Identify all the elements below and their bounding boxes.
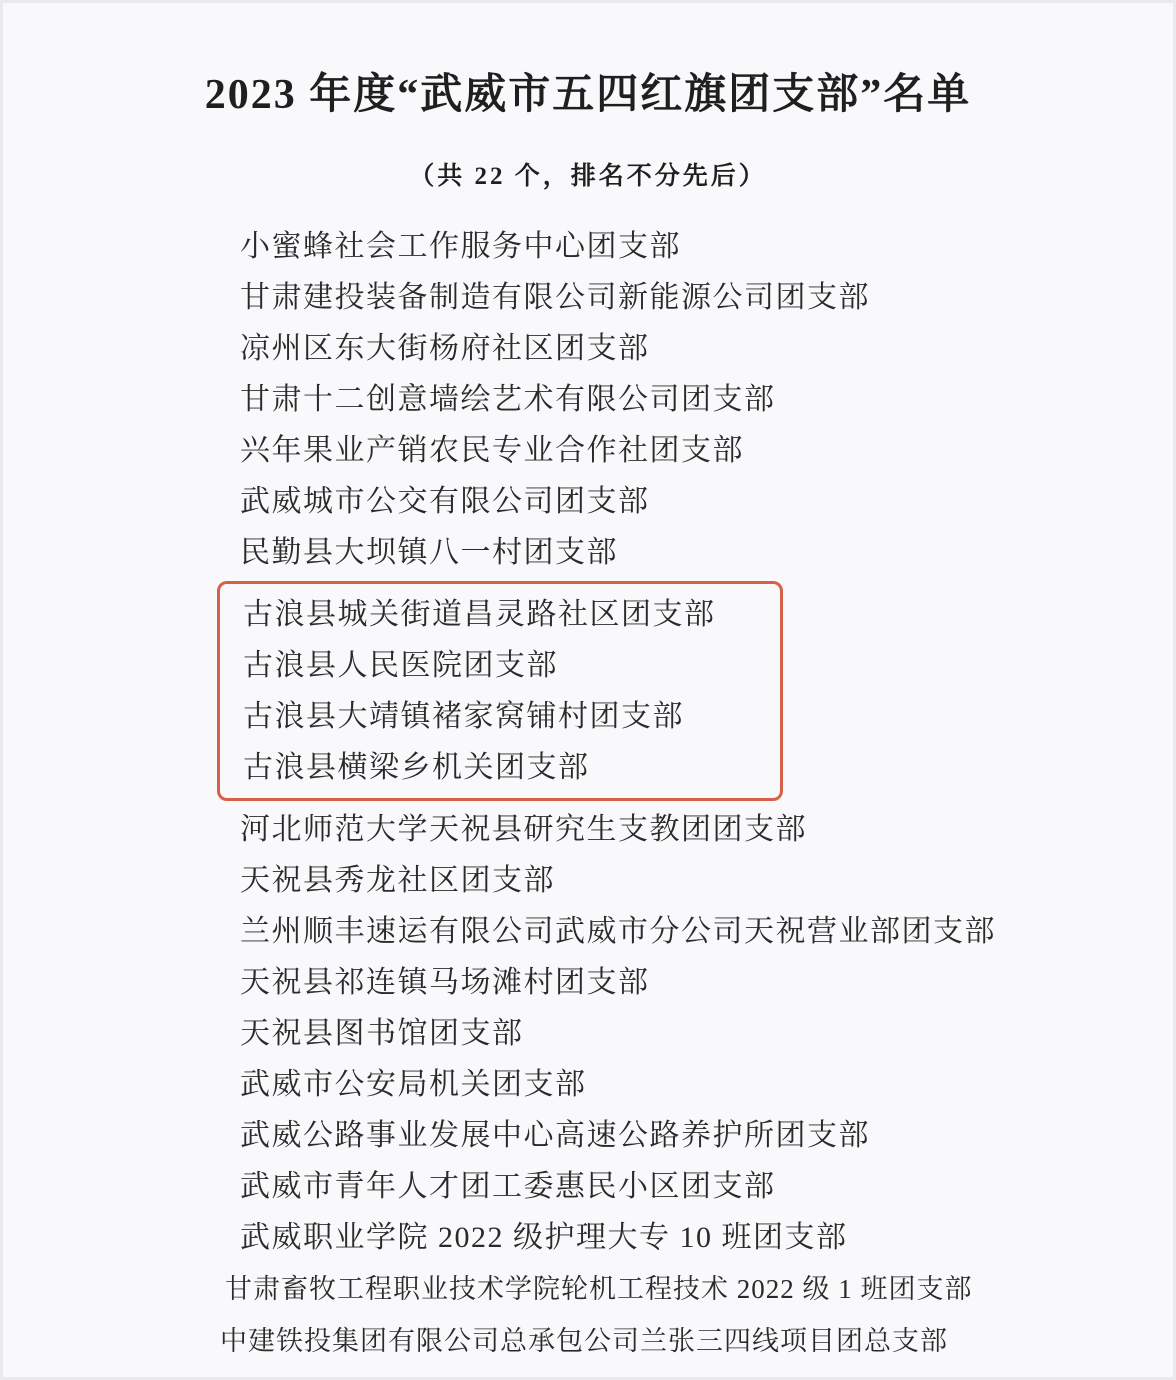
list-item: 甘肃建投装备制造有限公司新能源公司团支部: [240, 272, 1173, 323]
list-item-highlighted: 古浪县横梁乡机关团支部: [243, 742, 780, 793]
list-item: 中建铁投集团有限公司总承包公司兰张三四线项目团总支部: [220, 1315, 1173, 1367]
page-subtitle: （共 22 个，排名不分先后）: [3, 161, 1173, 193]
list-item: 武威职业学院 2022 级护理大专 10 班团支部: [240, 1212, 1173, 1263]
list-item: 武威市公安局机关团支部: [240, 1059, 1173, 1110]
list-item: 武威公路事业发展中心高速公路养护所团支部: [240, 1110, 1173, 1161]
list-item: 兰州顺丰速运有限公司武威市分公司天祝营业部团支部: [240, 906, 1173, 957]
list-item-highlighted: 古浪县大靖镇褚家窝铺村团支部: [243, 691, 780, 742]
list-item: 甘肃畜牧工程职业技术学院轮机工程技术 2022 级 1 班团支部: [225, 1263, 1173, 1315]
document-page: 2023 年度“武威市五四红旗团支部”名单 （共 22 个，排名不分先后） 小蜜…: [3, 3, 1173, 1377]
page-title: 2023 年度“武威市五四红旗团支部”名单: [3, 3, 1173, 121]
list-item: 小蜜蜂社会工作服务中心团支部: [240, 221, 1173, 272]
list-item: 天祝县祁连镇马场滩村团支部: [240, 957, 1173, 1008]
list-item: 凉州区东大街杨府社区团支部: [240, 323, 1173, 374]
list-item: 甘肃十二创意墙绘艺术有限公司团支部: [240, 374, 1173, 425]
list-item: 武威市青年人才团工委惠民小区团支部: [240, 1161, 1173, 1212]
branch-list: 小蜜蜂社会工作服务中心团支部 甘肃建投装备制造有限公司新能源公司团支部 凉州区东…: [3, 221, 1173, 1367]
list-item: 天祝县秀龙社区团支部: [240, 855, 1173, 906]
list-item-highlighted: 古浪县城关街道昌灵路社区团支部: [243, 589, 780, 640]
list-item: 河北师范大学天祝县研究生支教团团支部: [240, 804, 1173, 855]
list-item-highlighted: 古浪县人民医院团支部: [243, 640, 780, 691]
list-item: 天祝县图书馆团支部: [240, 1008, 1173, 1059]
list-item: 兴年果业产销农民专业合作社团支部: [240, 425, 1173, 476]
highlight-box: 古浪县城关街道昌灵路社区团支部 古浪县人民医院团支部 古浪县大靖镇褚家窝铺村团支…: [217, 581, 783, 801]
list-item: 民勤县大坝镇八一村团支部: [240, 527, 1173, 578]
list-item: 武威城市公交有限公司团支部: [240, 476, 1173, 527]
